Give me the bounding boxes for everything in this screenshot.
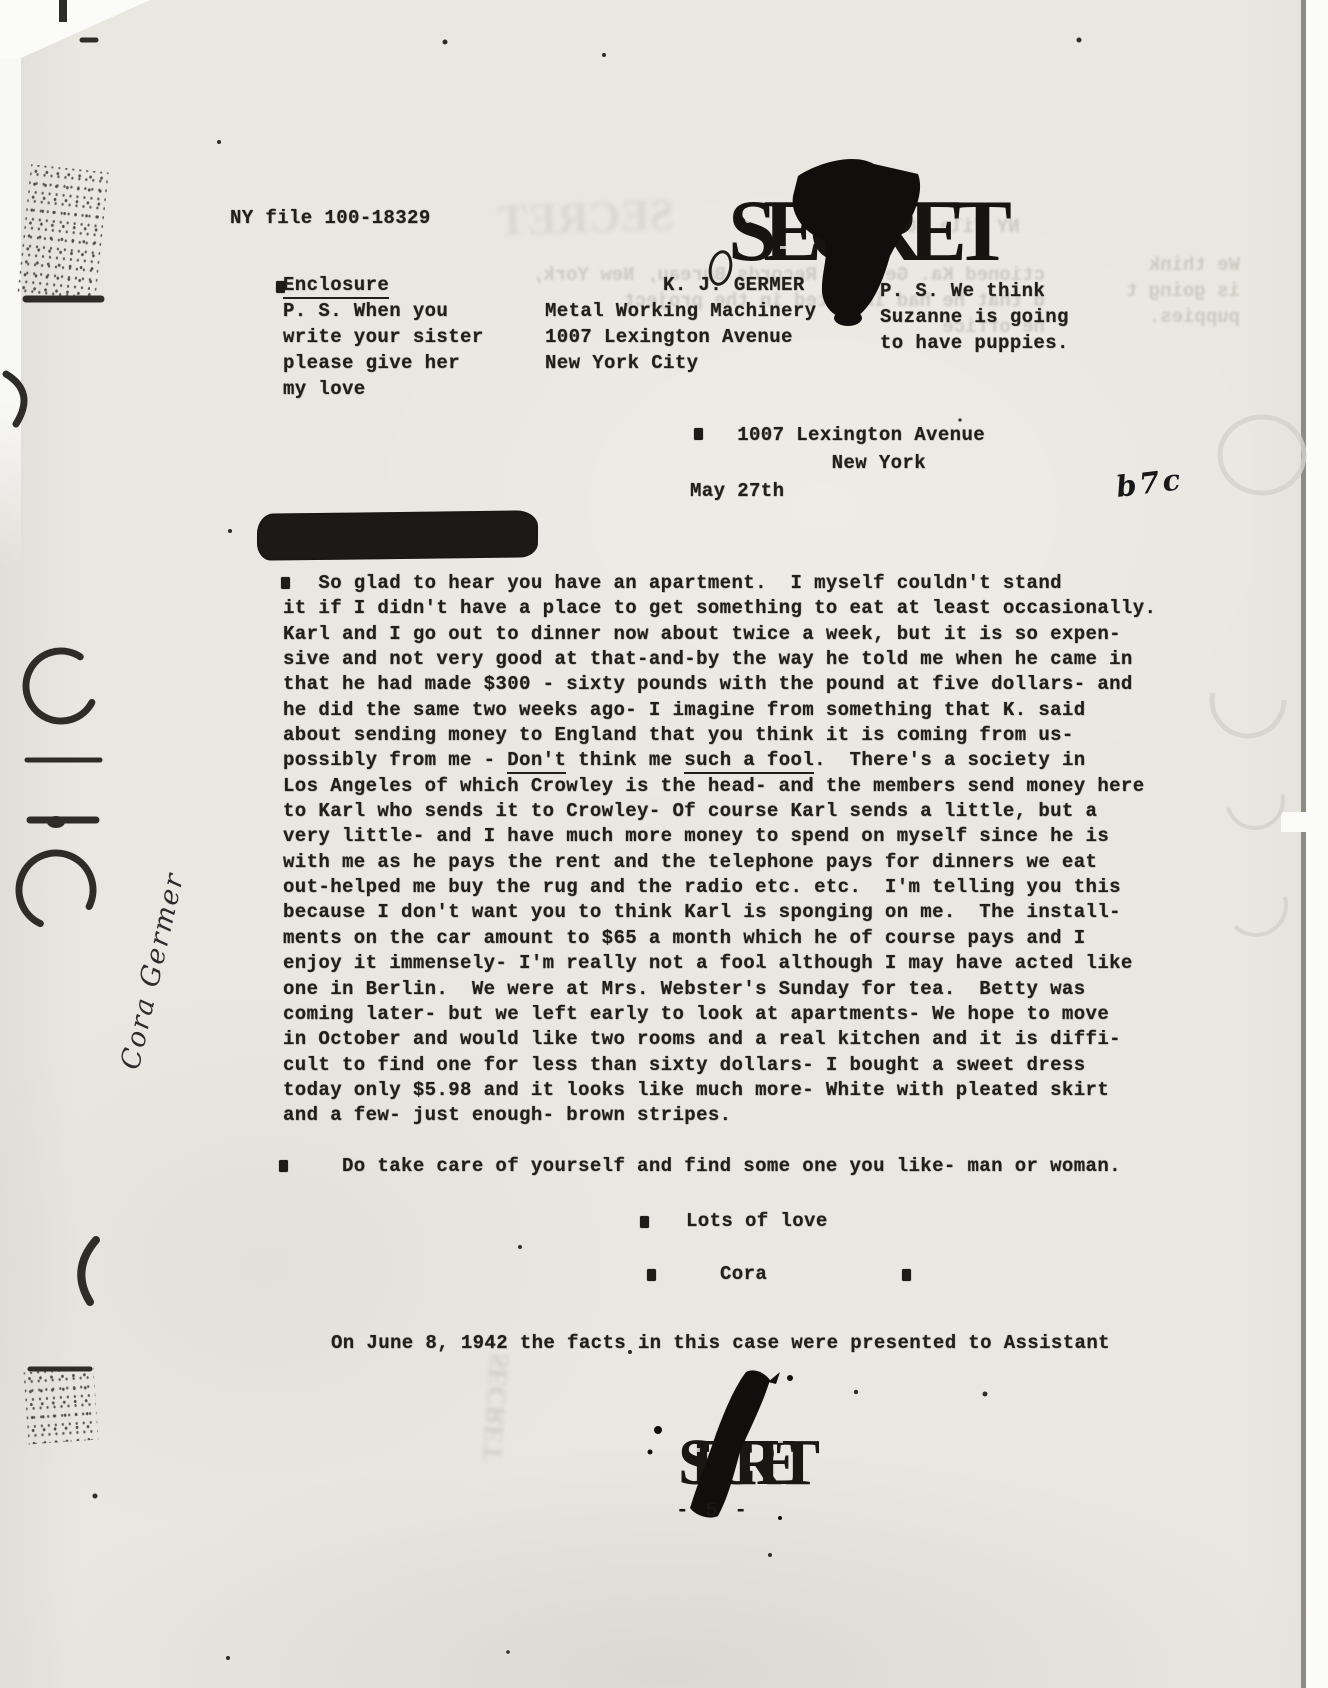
typed-quote-mark [640, 1216, 649, 1228]
return-address-date: 1007 Lexington Avenue New YorkMay 27th [690, 421, 985, 505]
closing-line: Do take care of yourself and find some o… [283, 1154, 1121, 1179]
page-number: - 5 - [676, 1500, 749, 1523]
secret-stamp-bottom: SECRET [628, 1368, 878, 1543]
bleedthrough-secret-stamp-top: SECRET [497, 189, 675, 246]
case-note: On June 8, 1942 the facts in this case w… [331, 1331, 1110, 1356]
typed-quote-mark [647, 1269, 656, 1281]
enclosure-note: EnclosureP. S. When youwrite your sister… [283, 272, 484, 402]
letter-body: So glad to hear you have an apartment. I… [283, 571, 1156, 1129]
redaction-bar [257, 510, 538, 560]
file-number: NY file 100-18329 [230, 206, 431, 231]
signature: Cora [720, 1262, 767, 1287]
valediction: Lots of love [686, 1209, 828, 1234]
addressee-block: K. J. GERMERMetal Working Machinery1007 … [545, 272, 816, 376]
typed-quote-mark [902, 1269, 911, 1281]
scanned-document-page: NY file 100-25 ctioned Ka. Germer, Recor… [0, 0, 1328, 1688]
postscript-note: P. S. We thinkSuzanne is goingto have pu… [880, 278, 1069, 356]
